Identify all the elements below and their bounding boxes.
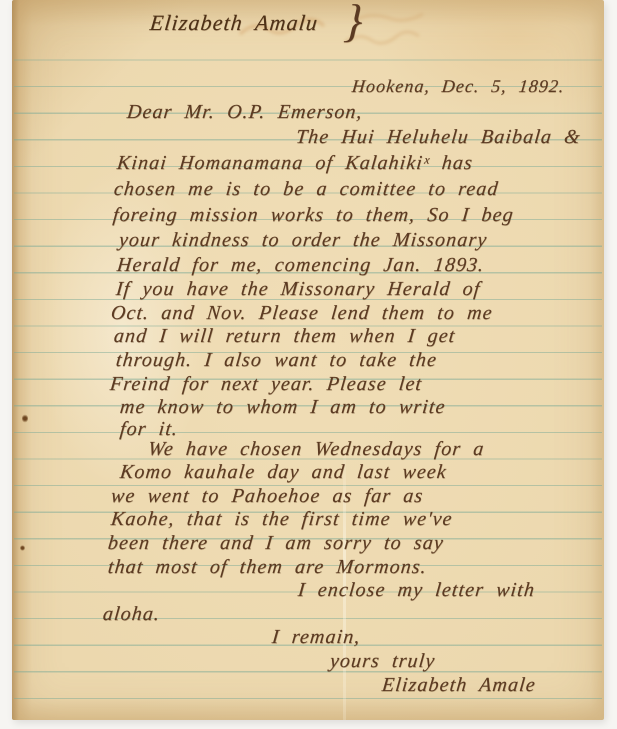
date-line: Hookena, Dec. 5, 1892.: [351, 76, 566, 97]
body-line: me know to whom I am to write: [119, 396, 447, 419]
body-line: Herald for me, comencing Jan. 1893.: [116, 254, 486, 277]
body-line: Freind for next year. Please let: [109, 373, 424, 396]
signature: Elizabeth Amale: [381, 674, 537, 697]
body-line: The Hui Heluhelu Baibala &: [295, 126, 582, 149]
body-line: chosen me is to be a comittee to read: [113, 178, 500, 201]
body-line: Kinai Homanamana of Kalahikiˣ has: [116, 152, 474, 175]
ink-speck: [20, 545, 25, 551]
letter-scan: Elizabeth Amalu } Hookena, Dec. 5, 1892.…: [0, 0, 617, 729]
body-line: aloha.: [102, 603, 162, 626]
body-line: we went to Pahoehoe as far as: [110, 485, 425, 508]
docket-brace: }: [343, 0, 365, 44]
body-line: We have chosen Wednesdays for a: [147, 438, 486, 461]
body-line: I enclose my letter with: [297, 579, 536, 602]
docket-name: Elizabeth Amalu: [149, 10, 320, 36]
body-line: foreing mission works to them, So I beg: [112, 204, 515, 227]
body-line: your kindness to order the Missonary: [118, 229, 489, 252]
ink-speck: [22, 414, 28, 423]
body-line: and I will return them when I get: [113, 325, 457, 348]
body-line: Oct. and Nov. Please lend them to me: [110, 302, 494, 325]
torn-paper-edge: [12, 0, 19, 720]
body-line: been there and I am sorry to say: [107, 532, 445, 555]
body-line: Kaohe, that is the first time we've: [110, 508, 454, 531]
body-line: Komo kauhale day and last week: [119, 461, 448, 484]
closing-yours: yours truly: [329, 650, 437, 673]
salutation: Dear Mr. O.P. Emerson,: [126, 101, 364, 124]
body-line: through. I also want to take the: [115, 349, 438, 372]
body-line: that most of them are Mormons.: [107, 556, 428, 579]
body-line: If you have the Missonary Herald of: [115, 278, 482, 301]
closing-remain: I remain,: [271, 626, 362, 649]
